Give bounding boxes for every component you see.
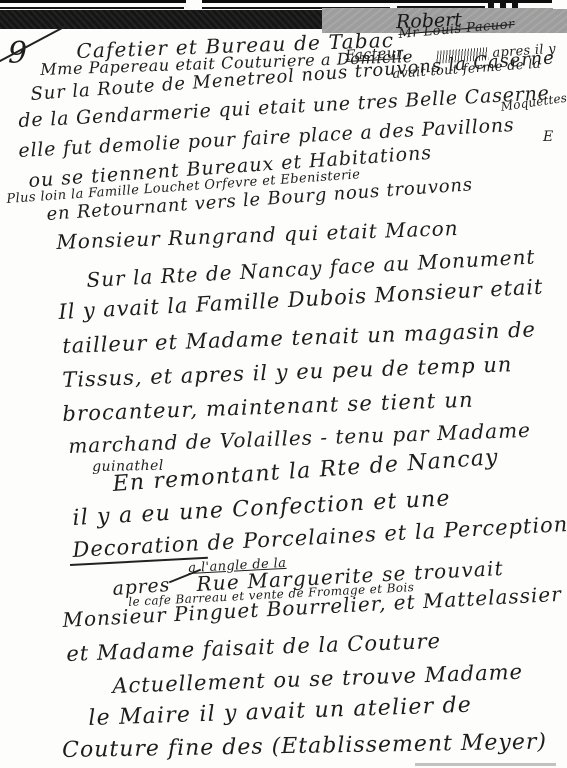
handwritten-line: tailleur et Madame tenait un magasin de — [62, 319, 536, 357]
handwritten-line: Actuellement ou se trouve Madame — [112, 662, 523, 697]
handwritten-line: et Madame faisait de la Couture — [66, 631, 441, 665]
scan-corner — [553, 0, 567, 9]
handwritten-line: Monsieur Rungrand qui etait Macon — [56, 218, 459, 252]
handwritten-line: E — [543, 130, 553, 144]
handwritten-line: le Maire il y avait un atelier de — [88, 695, 472, 730]
handwritten-line: brocanteur, maintenant se tient un — [62, 390, 474, 425]
handwritten-line: Tissus, et apres il y eu peu de temp un — [62, 354, 513, 391]
scan-black-bar — [0, 10, 322, 29]
scan-edge-line — [0, 0, 186, 3]
handwritten-line: Couture fine des (Etablissement Meyer) — [62, 732, 547, 762]
scanned-manuscript-page: Robert 9 Cafetier et Bureau de TabacMr L… — [0, 0, 567, 768]
scan-bottom-line — [415, 763, 556, 766]
scan-edge-line — [0, 7, 184, 9]
